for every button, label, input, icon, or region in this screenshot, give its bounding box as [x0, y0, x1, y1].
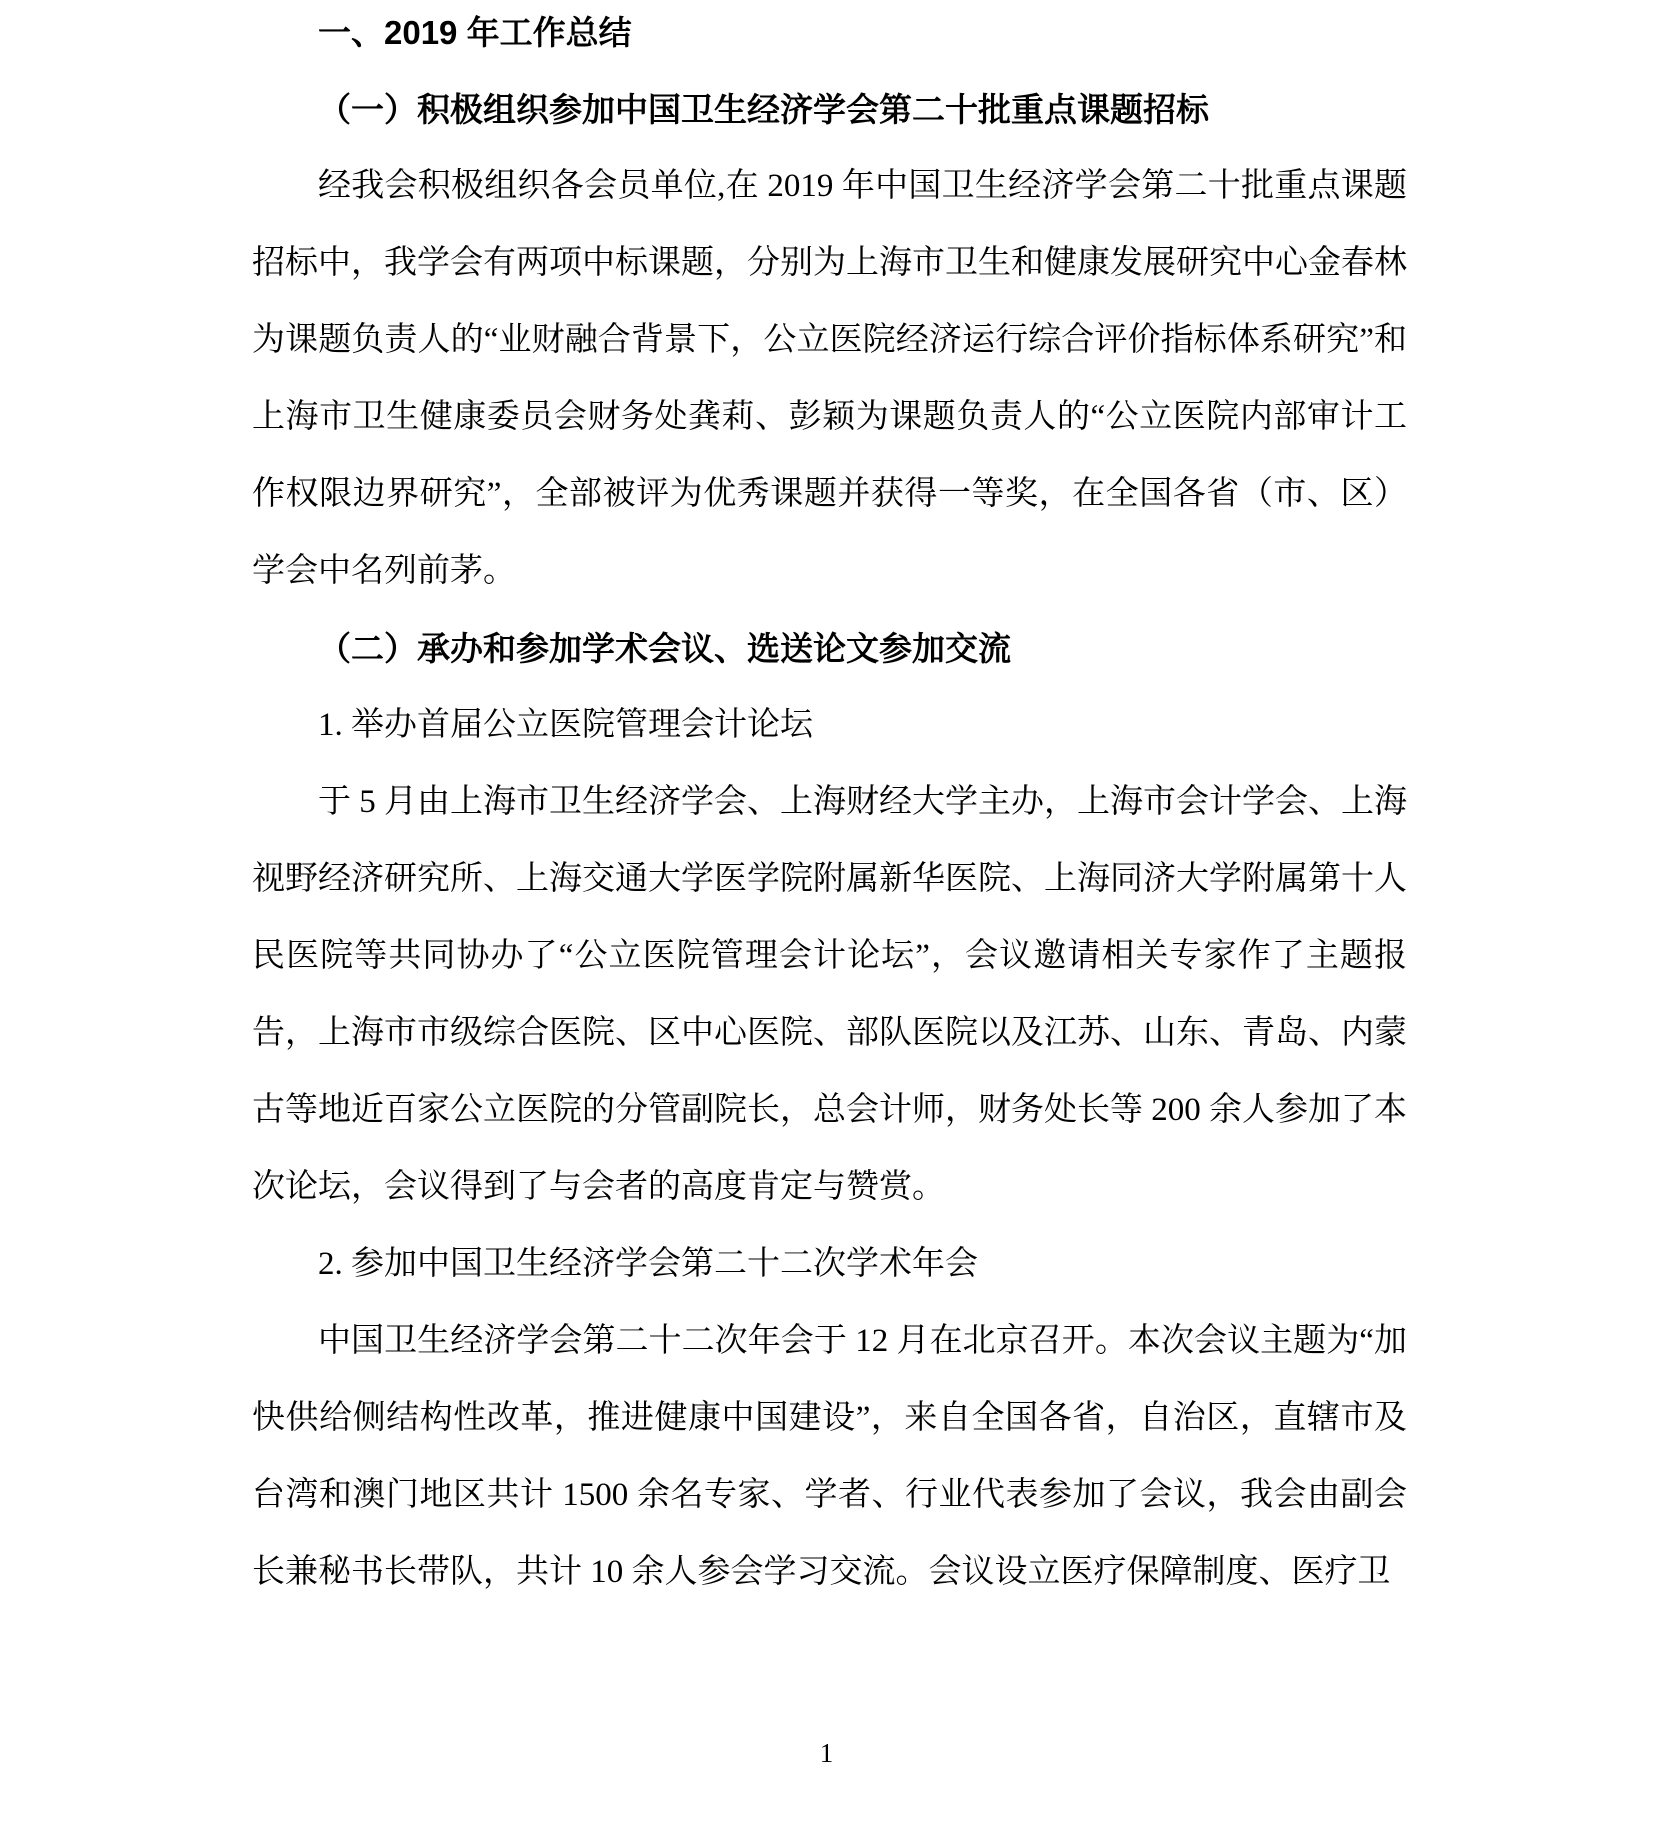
- paragraph-key-project-bidding: 经我会积极组织各会员单位,在 2019 年中国卫生经济学会第二十批重点课题招标中…: [252, 148, 1407, 610]
- paragraph-annual-conference: 中国卫生经济学会第二十二次年会于 12 月在北京召开。本次会议主题为“加快供给侧…: [252, 1303, 1407, 1611]
- document-page: 一、2019 年工作总结 （一）积极组织参加中国卫生经济学会第二十批重点课题招标…: [0, 0, 1653, 1842]
- document-content: 一、2019 年工作总结 （一）积极组织参加中国卫生经济学会第二十批重点课题招标…: [252, 0, 1407, 1611]
- page-number: 1: [0, 1736, 1653, 1770]
- paragraph-accounting-forum: 于 5 月由上海市卫生经济学会、上海财经大学主办，上海市会计学会、上海视野经济研…: [252, 764, 1407, 1226]
- subsection-heading-academic-conferences: （二）承办和参加学术会议、选送论文参加交流: [252, 610, 1407, 687]
- section-heading-work-summary: 一、2019 年工作总结: [252, 0, 1407, 71]
- item-heading-annual-conference: 2. 参加中国卫生经济学会第二十二次学术年会: [252, 1226, 1407, 1303]
- subsection-heading-key-project-bidding: （一）积极组织参加中国卫生经济学会第二十批重点课题招标: [252, 71, 1407, 148]
- item-heading-accounting-forum: 1. 举办首届公立医院管理会计论坛: [252, 687, 1407, 764]
